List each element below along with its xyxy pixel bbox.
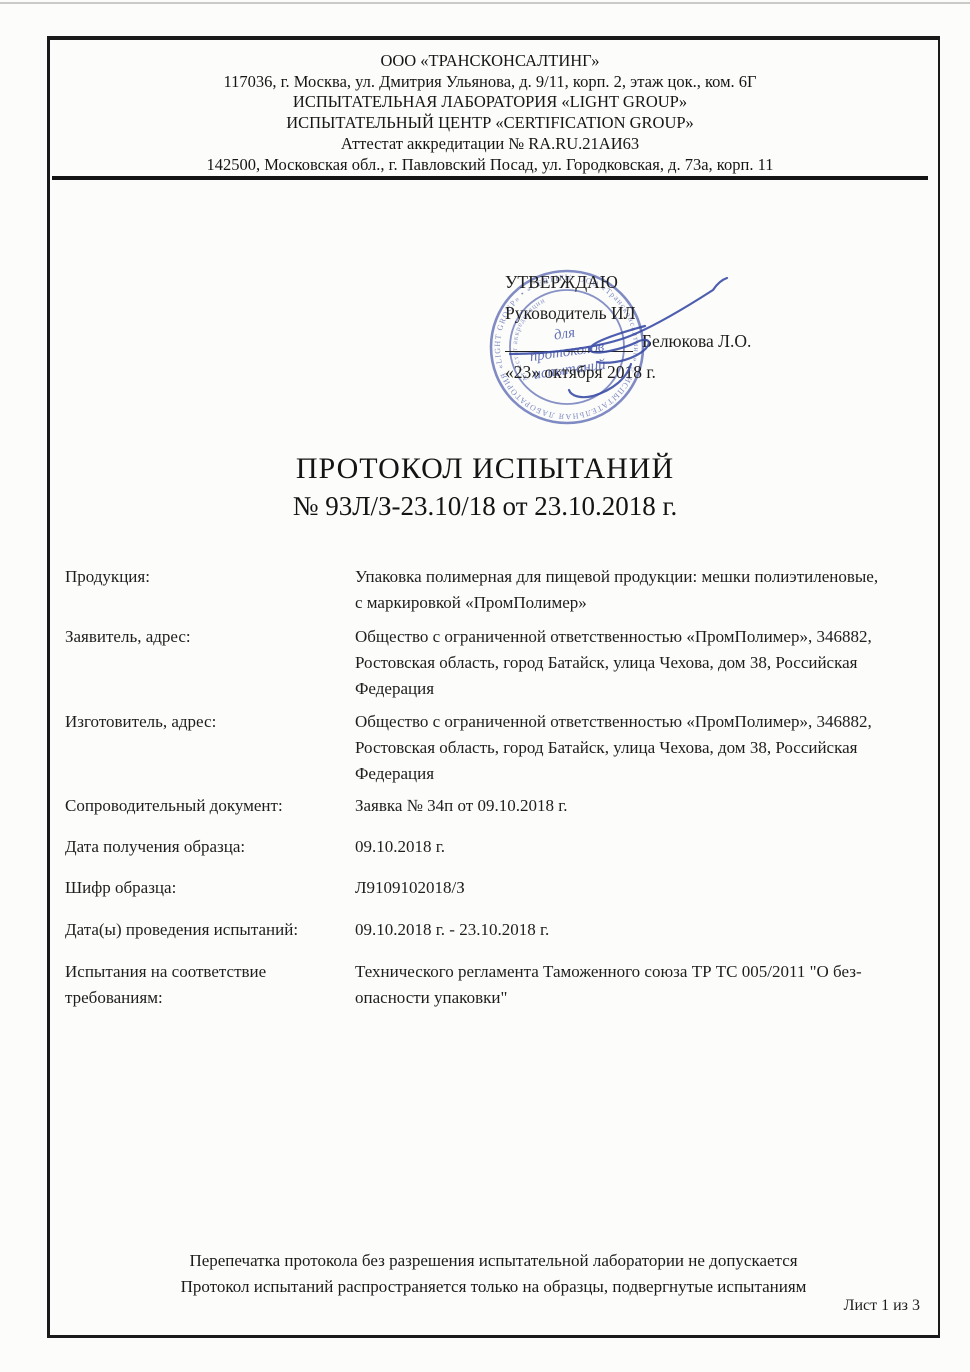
footer-notes: Перепечатка протокола без разрешения исп… xyxy=(47,1248,940,1300)
org-name: ООО «ТРАНСКОНСАЛТИНГ» xyxy=(51,51,929,72)
lab-name: ИСПЫТАТЕЛЬНАЯ ЛАБОРАТОРИЯ «LIGHT GROUP» xyxy=(51,92,929,113)
letterhead: ООО «ТРАНСКОНСАЛТИНГ» 117036, г. Москва,… xyxy=(51,51,929,175)
document-title-block: ПРОТОКОЛ ИСПЫТАНИЙ № 93Л/З-23.10/18 от 2… xyxy=(0,452,970,522)
field-value: Заявка № 34п от 09.10.2018 г. xyxy=(355,793,923,819)
document-title: ПРОТОКОЛ ИСПЫТАНИЙ xyxy=(0,452,970,486)
field-value: Упаковка полимерная для пищевой продукци… xyxy=(355,564,923,616)
field-label: Испытания на соответствие требованиям: xyxy=(65,959,353,1011)
field-label: Дата(ы) проведения испытаний: xyxy=(65,917,353,943)
field-label: Сопроводительный документ: xyxy=(65,793,353,819)
header-divider xyxy=(52,176,928,180)
footer-note-samples: Протокол испытаний распространяется толь… xyxy=(47,1274,940,1300)
lab-address: 142500, Московская обл., г. Павловский П… xyxy=(51,155,929,176)
center-name: ИСПЫТАТЕЛЬНЫЙ ЦЕНТР «CERTIFICATION GROUP… xyxy=(51,113,929,134)
accreditation-number: Аттестат аккредитации № RA.RU.21АИ63 xyxy=(51,134,929,155)
field-label: Изготовитель, адрес: xyxy=(65,709,353,735)
field-value: 09.10.2018 г. xyxy=(355,834,923,860)
field-value: Общество с ограниченной ответственностью… xyxy=(355,624,923,702)
footer-note-reprint: Перепечатка протокола без разрешения исп… xyxy=(47,1248,940,1274)
field-label: Заявитель, адрес: xyxy=(65,624,353,650)
scan-artifact-line xyxy=(0,2,970,4)
field-value: 09.10.2018 г. - 23.10.2018 г. xyxy=(355,917,923,943)
org-address: 117036, г. Москва, ул. Дмитрия Ульянова,… xyxy=(51,72,929,93)
field-value: Технического регламента Таможенного союз… xyxy=(355,959,923,1011)
page-number: Лист 1 из 3 xyxy=(844,1297,920,1315)
field-label: Шифр образца: xyxy=(65,875,353,901)
field-label: Дата получения образца: xyxy=(65,834,353,860)
field-value: Общество с ограниченной ответственностью… xyxy=(355,709,923,787)
field-value: Л9109102018/З xyxy=(355,875,923,901)
field-label: Продукция: xyxy=(65,564,353,590)
document-number: № 93Л/З-23.10/18 от 23.10.2018 г. xyxy=(0,491,970,522)
signature xyxy=(495,268,735,418)
